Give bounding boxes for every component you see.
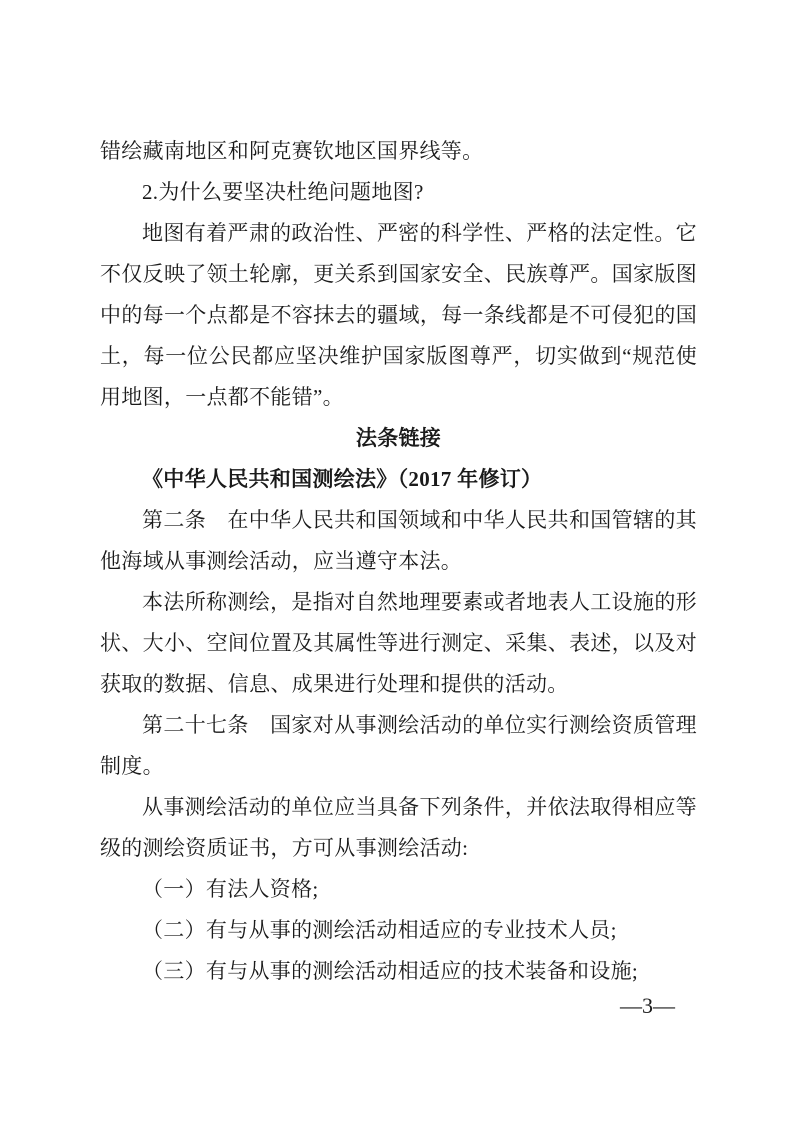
paragraph-map-significance: 地图有着严肃的政治性、严密的科学性、严格的法定性。它不仅反映了领土轮廓，更关系到… (100, 213, 697, 418)
document-body: 错绘藏南地区和阿克赛钦地区国界线等。 2.为什么要坚决杜绝问题地图? 地图有着严… (100, 131, 697, 992)
article-27: 第二十七条 国家对从事测绘活动的单位实行测绘资质管理制度。 (100, 705, 697, 787)
law-title: 《中华人民共和国测绘法》（2017 年修订） (100, 459, 697, 500)
paragraph-continuation: 错绘藏南地区和阿克赛钦地区国界线等。 (100, 131, 697, 172)
article-2: 第二条 在中华人民共和国领域和中华人民共和国管辖的其他海域从事测绘活动，应当遵守… (100, 500, 697, 582)
condition-item-1: （一）有法人资格; (100, 869, 697, 910)
article-27-conditions-intro: 从事测绘活动的单位应当具备下列条件，并依法取得相应等级的测绘资质证书，方可从事测… (100, 787, 697, 869)
page-number: —3— (620, 993, 675, 1019)
condition-item-2: （二）有与从事的测绘活动相适应的专业技术人员; (100, 910, 697, 951)
document-page: 错绘藏南地区和阿克赛钦地区国界线等。 2.为什么要坚决杜绝问题地图? 地图有着严… (0, 0, 793, 1122)
question-heading: 2.为什么要坚决杜绝问题地图? (100, 172, 697, 213)
article-2-definition: 本法所称测绘，是指对自然地理要素或者地表人工设施的形状、大小、空间位置及其属性等… (100, 582, 697, 705)
section-heading-law-links: 法条链接 (100, 418, 697, 459)
condition-item-3: （三）有与从事的测绘活动相适应的技术装备和设施; (100, 951, 697, 992)
